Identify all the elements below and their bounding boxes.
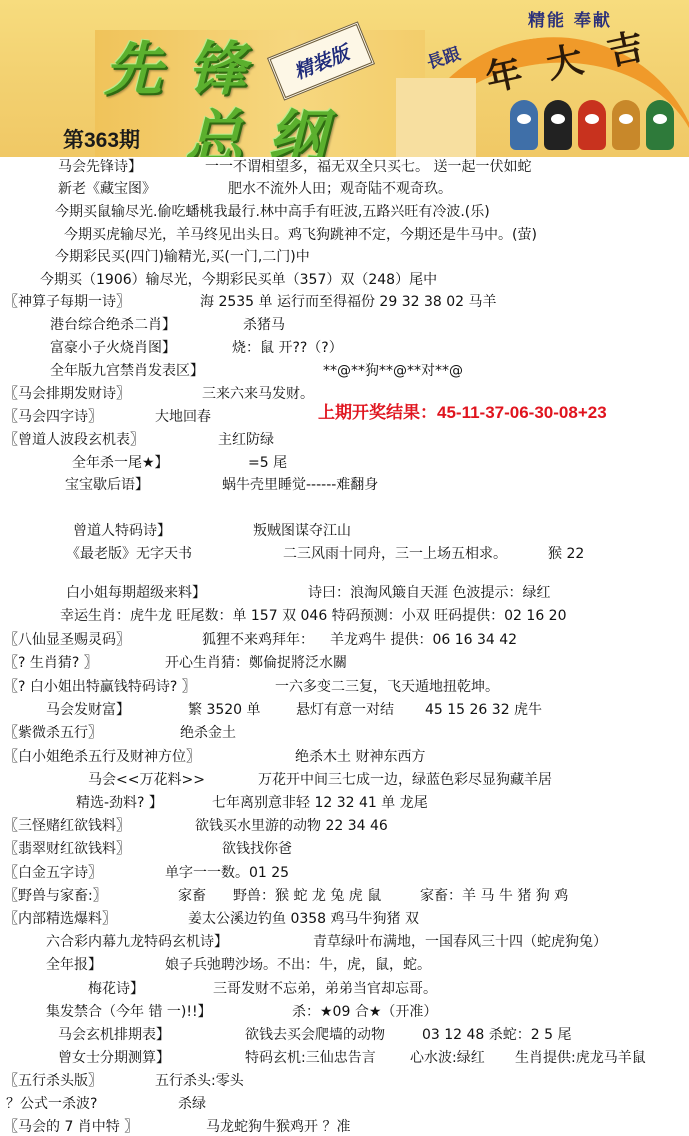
line-value: 叛贼图谋夺江山 — [253, 522, 351, 540]
line-label: 〖马会四字诗〗 — [4, 408, 102, 426]
text-line: 〖白金五字诗〗单字一一数。01 25 — [0, 864, 689, 882]
line-value: 诗曰：浪淘风簸自天涯 色波提示：绿红 — [308, 584, 550, 602]
text-line: 〖紫微杀五行〗绝杀金土 — [0, 724, 689, 742]
text-line: 今期买（1906）输尽光，今期彩民买单（357）双（248）尾中 — [0, 271, 689, 289]
text-line: 马会先锋诗】一一不谓相望多，福无双全只买七。 送一起一伏如蛇 — [0, 158, 689, 176]
line-label: 今期买（1906）输尽光，今期彩民买单（357）双（248）尾中 — [40, 271, 437, 289]
text-line: 富豪小子火烧肖图】烧：鼠 开??（?） — [0, 339, 689, 357]
promo-side-text: 長跟 — [423, 39, 463, 73]
issue-number: 第363期 — [63, 124, 140, 154]
line-value: 海 2535 单 运行而至得福份 29 32 38 02 马羊 — [200, 293, 497, 311]
mascot-icon — [510, 100, 538, 150]
text-line: 〖? 白小姐出特赢钱特码诗? 〗一六多变二三复，飞天遁地扭乾坤。 — [0, 678, 689, 696]
mascot-icon — [646, 100, 674, 150]
line-value: 家畜：羊 马 牛 猪 狗 鸡 — [420, 887, 568, 905]
text-line: 梅花诗】三哥发财不忘弟，弟弟当官却忘哥。 — [0, 980, 689, 998]
mascot-icon — [578, 100, 606, 150]
line-label: 〖八仙显圣赐灵码〗 — [4, 631, 130, 649]
title-char: 纲 — [268, 90, 326, 157]
line-value: 蜗牛壳里睡觉------难翻身 — [222, 476, 378, 494]
line-label: 《最老版》无字天书 — [66, 545, 192, 563]
text-line: 六合彩内幕九龙特码玄机诗】青草绿叶布满地，一国春风三十四（蛇虎狗兔） — [0, 933, 689, 951]
line-label: 新老《藏宝图》 — [58, 180, 156, 198]
text-line: 全年杀一尾★】=5 尾 — [0, 454, 689, 472]
mascot-icon — [612, 100, 640, 150]
line-value: 肥水不流外人田；观奇陆不观奇玖。 — [228, 180, 452, 198]
line-value: 繁 3520 单 — [188, 701, 261, 719]
line-label: 〖三怪赌红欲钱料〗 — [4, 817, 130, 835]
line-value: 开心生肖猜：鄭倫捉將泛水關 — [165, 654, 347, 672]
line-value: 一一不谓相望多，福无双全只买七。 送一起一伏如蛇 — [205, 158, 531, 176]
text-line: 〖三怪赌红欲钱料〗欲钱买水里游的动物 22 34 46 — [0, 817, 689, 835]
line-label: 〖紫微杀五行〗 — [4, 724, 102, 742]
line-value: 猴 22 — [548, 545, 584, 563]
text-line: 宝宝歇后语】蜗牛壳里睡觉------难翻身 — [0, 476, 689, 494]
line-label: 梅花诗】 — [88, 980, 144, 998]
line-value: 杀猪马 — [243, 316, 285, 334]
text-line: 全年版九宫禁肖发表区】**@**狗**@**对**@ — [0, 362, 689, 380]
text-line: 〖曾道人波段玄机表〗主红防绿 — [0, 431, 689, 449]
line-value: 45 15 26 32 虎牛 — [425, 701, 542, 719]
line-label: 〖? 生肖猜? 〗 — [4, 654, 98, 672]
line-label: 白小姐每期超级来料】 — [66, 584, 206, 602]
text-line: 幸运生肖：虎牛龙 旺尾数：单 157 双 046 特码预测：小双 旺码提供：02… — [0, 607, 689, 625]
line-label: 〖翡翠财红欲钱料〗 — [4, 840, 130, 858]
line-label: 宝宝歇后语】 — [65, 476, 149, 494]
mascot-icon — [544, 100, 572, 150]
line-label: 今期彩民买(四门)输精光,买(一门,二门)中 — [55, 248, 310, 266]
line-label: 精选-劲料? 】 — [76, 794, 163, 812]
line-value: =5 尾 — [248, 454, 287, 472]
title-char: 先 — [104, 22, 162, 106]
line-value: 欲钱找你爸 — [222, 840, 292, 858]
title-char: 总 — [185, 90, 243, 157]
line-label: 幸运生肖：虎牛龙 旺尾数：单 157 双 046 特码预测：小双 旺码提供：02… — [60, 607, 567, 625]
line-label: 〖白金五字诗〗 — [4, 864, 102, 882]
line-value: 万花开中间三七成一边，绿蓝色彩尽显狗藏羊居 — [258, 771, 552, 789]
text-line: 〖马会排期发财诗〗三来六来马发财。 — [0, 385, 689, 403]
line-label: 〖内部精选爆料〗 — [4, 910, 116, 928]
line-value: 主红防绿 — [218, 431, 274, 449]
line-label: 港台综合绝杀二肖】 — [50, 316, 176, 334]
line-value: 悬灯有意一对结 — [296, 701, 394, 719]
text-line: 集发禁合（今年 错 一)!!】杀：★09 合★（开准） — [0, 1003, 689, 1017]
line-value: 三哥发财不忘弟，弟弟当官却忘哥。 — [213, 980, 437, 998]
text-line: 今期彩民买(四门)输精光,买(一门,二门)中 — [0, 248, 689, 266]
line-value: 狐狸不来鸡拜年： — [202, 631, 314, 649]
line-value: 大地回春 — [155, 408, 211, 426]
text-line: 曾道人特码诗】叛贼图谋夺江山 — [0, 522, 689, 540]
line-value: **@**狗**@**对**@ — [323, 362, 463, 380]
line-label: 集发禁合（今年 错 一)!!】 — [46, 1003, 212, 1017]
line-value: 三来六来马发财。 — [202, 385, 314, 403]
line-value: 一六多变二三复，飞天遁地扭乾坤。 — [275, 678, 499, 696]
line-value: 烧：鼠 开??（?） — [232, 339, 343, 357]
line-value: 二三风雨十同舟，三一上场五相求。 — [283, 545, 507, 563]
line-label: 〖? 白小姐出特赢钱特码诗? 〗 — [4, 678, 196, 696]
text-line: 全年报】娘子兵弛聘沙场。不出：牛，虎，鼠，蛇。 — [0, 956, 689, 974]
line-label: 富豪小子火烧肖图】 — [50, 339, 176, 357]
text-line: 今期买虎输尽光，羊马终见出头日。鸡飞狗跳神不定，今期还是牛马中。(萤) — [0, 226, 689, 244]
blank-patch — [396, 78, 476, 157]
line-label: 全年版九宫禁肖发表区】 — [50, 362, 204, 380]
text-line: 马会发财富】繁 3520 单悬灯有意一对结45 15 26 32 虎牛 — [0, 701, 689, 719]
line-label: 〖马会排期发财诗〗 — [4, 385, 130, 403]
text-line: 〖神算子每期一诗〗海 2535 单 运行而至得福份 29 32 38 02 马羊 — [0, 293, 689, 311]
mascots-group — [510, 100, 674, 150]
line-value: 欲钱买水里游的动物 22 34 46 — [195, 817, 388, 835]
text-line: 〖马会四字诗〗大地回春 — [0, 408, 689, 426]
text-line: 白小姐每期超级来料】诗曰：浪淘风簸自天涯 色波提示：绿红 — [0, 584, 689, 602]
line-value: 羊龙鸡牛 提供：06 16 34 42 — [330, 631, 517, 649]
text-line: 精选-劲料? 】七年离别意非轻 12 32 41 单 龙尾 — [0, 794, 689, 812]
text-line: 〖翡翠财红欲钱料〗欲钱找你爸 — [0, 840, 689, 858]
text-line: 〖? 生肖猜? 〗开心生肖猜：鄭倫捉將泛水關 — [0, 654, 689, 672]
line-label: 全年杀一尾★】 — [72, 454, 169, 472]
line-value: 七年离别意非轻 12 32 41 单 龙尾 — [212, 794, 428, 812]
line-label: 〖曾道人波段玄机表〗 — [4, 431, 144, 449]
text-line: 〖野兽与家畜:〗家畜野兽：猴 蛇 龙 兔 虎 鼠家畜：羊 马 牛 猪 狗 鸡 — [0, 887, 689, 905]
text-line: 港台综合绝杀二肖】杀猪马 — [0, 316, 689, 334]
line-value: 家畜 — [178, 887, 206, 905]
line-label: 全年报】 — [46, 956, 102, 974]
line-label: 今期买虎输尽光，羊马终见出头日。鸡飞狗跳神不定，今期还是牛马中。(萤) — [64, 226, 537, 244]
line-label: 〖野兽与家畜:〗 — [4, 887, 107, 905]
line-value: 青草绿叶布满地，一国春风三十四（蛇虎狗兔） — [313, 933, 607, 951]
text-line: 〖八仙显圣赐灵码〗狐狸不来鸡拜年：羊龙鸡牛 提供：06 16 34 42 — [0, 631, 689, 649]
line-label: 〖白小姐绝杀五行及财神方位〗 — [4, 748, 200, 766]
line-label: 马会先锋诗】 — [58, 158, 142, 176]
line-label: 〖神算子每期一诗〗 — [4, 293, 130, 311]
text-line: 马会<<万花料>>万花开中间三七成一边，绿蓝色彩尽显狗藏羊居 — [0, 771, 689, 789]
line-value: 杀：★09 合★（开准） — [292, 1003, 437, 1017]
line-value: 单字一一数。01 25 — [165, 864, 289, 882]
line-value: 绝杀金土 — [180, 724, 236, 742]
text-line: 今期买鼠输尽光.偷吃蟠桃我最行.林中高手有旺波,五路兴旺有冷波.(乐) — [0, 203, 689, 221]
line-label: 马会<<万花料>> — [88, 771, 205, 789]
text-line: 《最老版》无字天书二三风雨十同舟，三一上场五相求。猴 22 — [0, 545, 689, 563]
line-label: 马会发财富】 — [46, 701, 130, 719]
line-value: 绝杀木土 财神东西方 — [295, 748, 425, 766]
text-line: 〖白小姐绝杀五行及财神方位〗绝杀木土 财神东西方 — [0, 748, 689, 766]
line-value: 娘子兵弛聘沙场。不出：牛，虎，鼠，蛇。 — [165, 956, 431, 974]
text-line: 新老《藏宝图》肥水不流外人田；观奇陆不观奇玖。 — [0, 180, 689, 198]
line-label: 曾道人特码诗】 — [73, 522, 171, 540]
line-label: 六合彩内幕九龙特码玄机诗】 — [46, 933, 228, 951]
line-label: 今期买鼠输尽光.偷吃蟠桃我最行.林中高手有旺波,五路兴旺有冷波.(乐) — [55, 203, 490, 221]
header-banner: 先 锋 总 纲 精装版 第363期 精能 奉献 長跟 年大吉 — [0, 0, 689, 157]
line-value: 姜太公溪边钓鱼 0358 鸡马牛狗猪 双 — [188, 910, 419, 928]
text-line: 〖内部精选爆料〗姜太公溪边钓鱼 0358 鸡马牛狗猪 双 — [0, 910, 689, 928]
line-value: 野兽：猴 蛇 龙 兔 虎 鼠 — [233, 887, 381, 905]
